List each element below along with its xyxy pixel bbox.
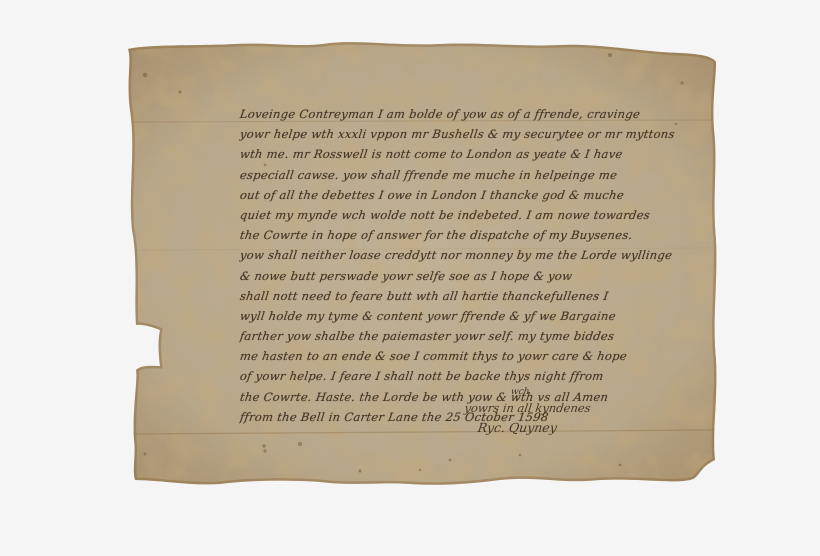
letter-line: & nowe butt perswade yowr selfe soe as I… xyxy=(239,266,712,286)
signature: Ryc. Quyney xyxy=(448,418,671,438)
closing-salutation: yowrs in all kyndenes xyxy=(451,398,674,418)
letter-line: Loveinge Contreyman I am bolde of yow as… xyxy=(239,104,712,124)
letter-line: the Cowrte in hope of answer for the dis… xyxy=(239,225,712,245)
letter-line: farther yow shalbe the paiemaster yowr s… xyxy=(239,326,712,346)
closing-superscript: wch xyxy=(454,386,676,398)
letter-line: yowr helpe wth xxxli vppon mr Bushells &… xyxy=(239,124,712,144)
letter-closing: wch yowrs in all kyndenes Ryc. Quyney xyxy=(448,386,675,438)
letter-line: wth me. mr Rosswell is nott come to Lond… xyxy=(239,144,712,164)
letter-line: wyll holde my tyme & content yowr ffrend… xyxy=(239,306,712,326)
letter-line: me hasten to an ende & soe I commit thys… xyxy=(239,346,712,366)
letter-body: Loveinge Contreyman I am bolde of yow as… xyxy=(240,104,710,427)
letter-line: out of all the debettes I owe in London … xyxy=(239,185,712,205)
manuscript-sheet: Loveinge Contreyman I am bolde of yow as… xyxy=(0,0,820,556)
letter-line: of yowr helpe. I feare I shall nott be b… xyxy=(239,366,712,386)
letter-line: especiall cawse. yow shall ffrende me mu… xyxy=(239,165,712,185)
letter-line: shall nott need to feare butt wth all ha… xyxy=(239,286,712,306)
letter-line: quiet my mynde wch wolde nott be indebet… xyxy=(239,205,712,225)
letter-line: yow shall neither loase creddytt nor mon… xyxy=(239,245,712,265)
